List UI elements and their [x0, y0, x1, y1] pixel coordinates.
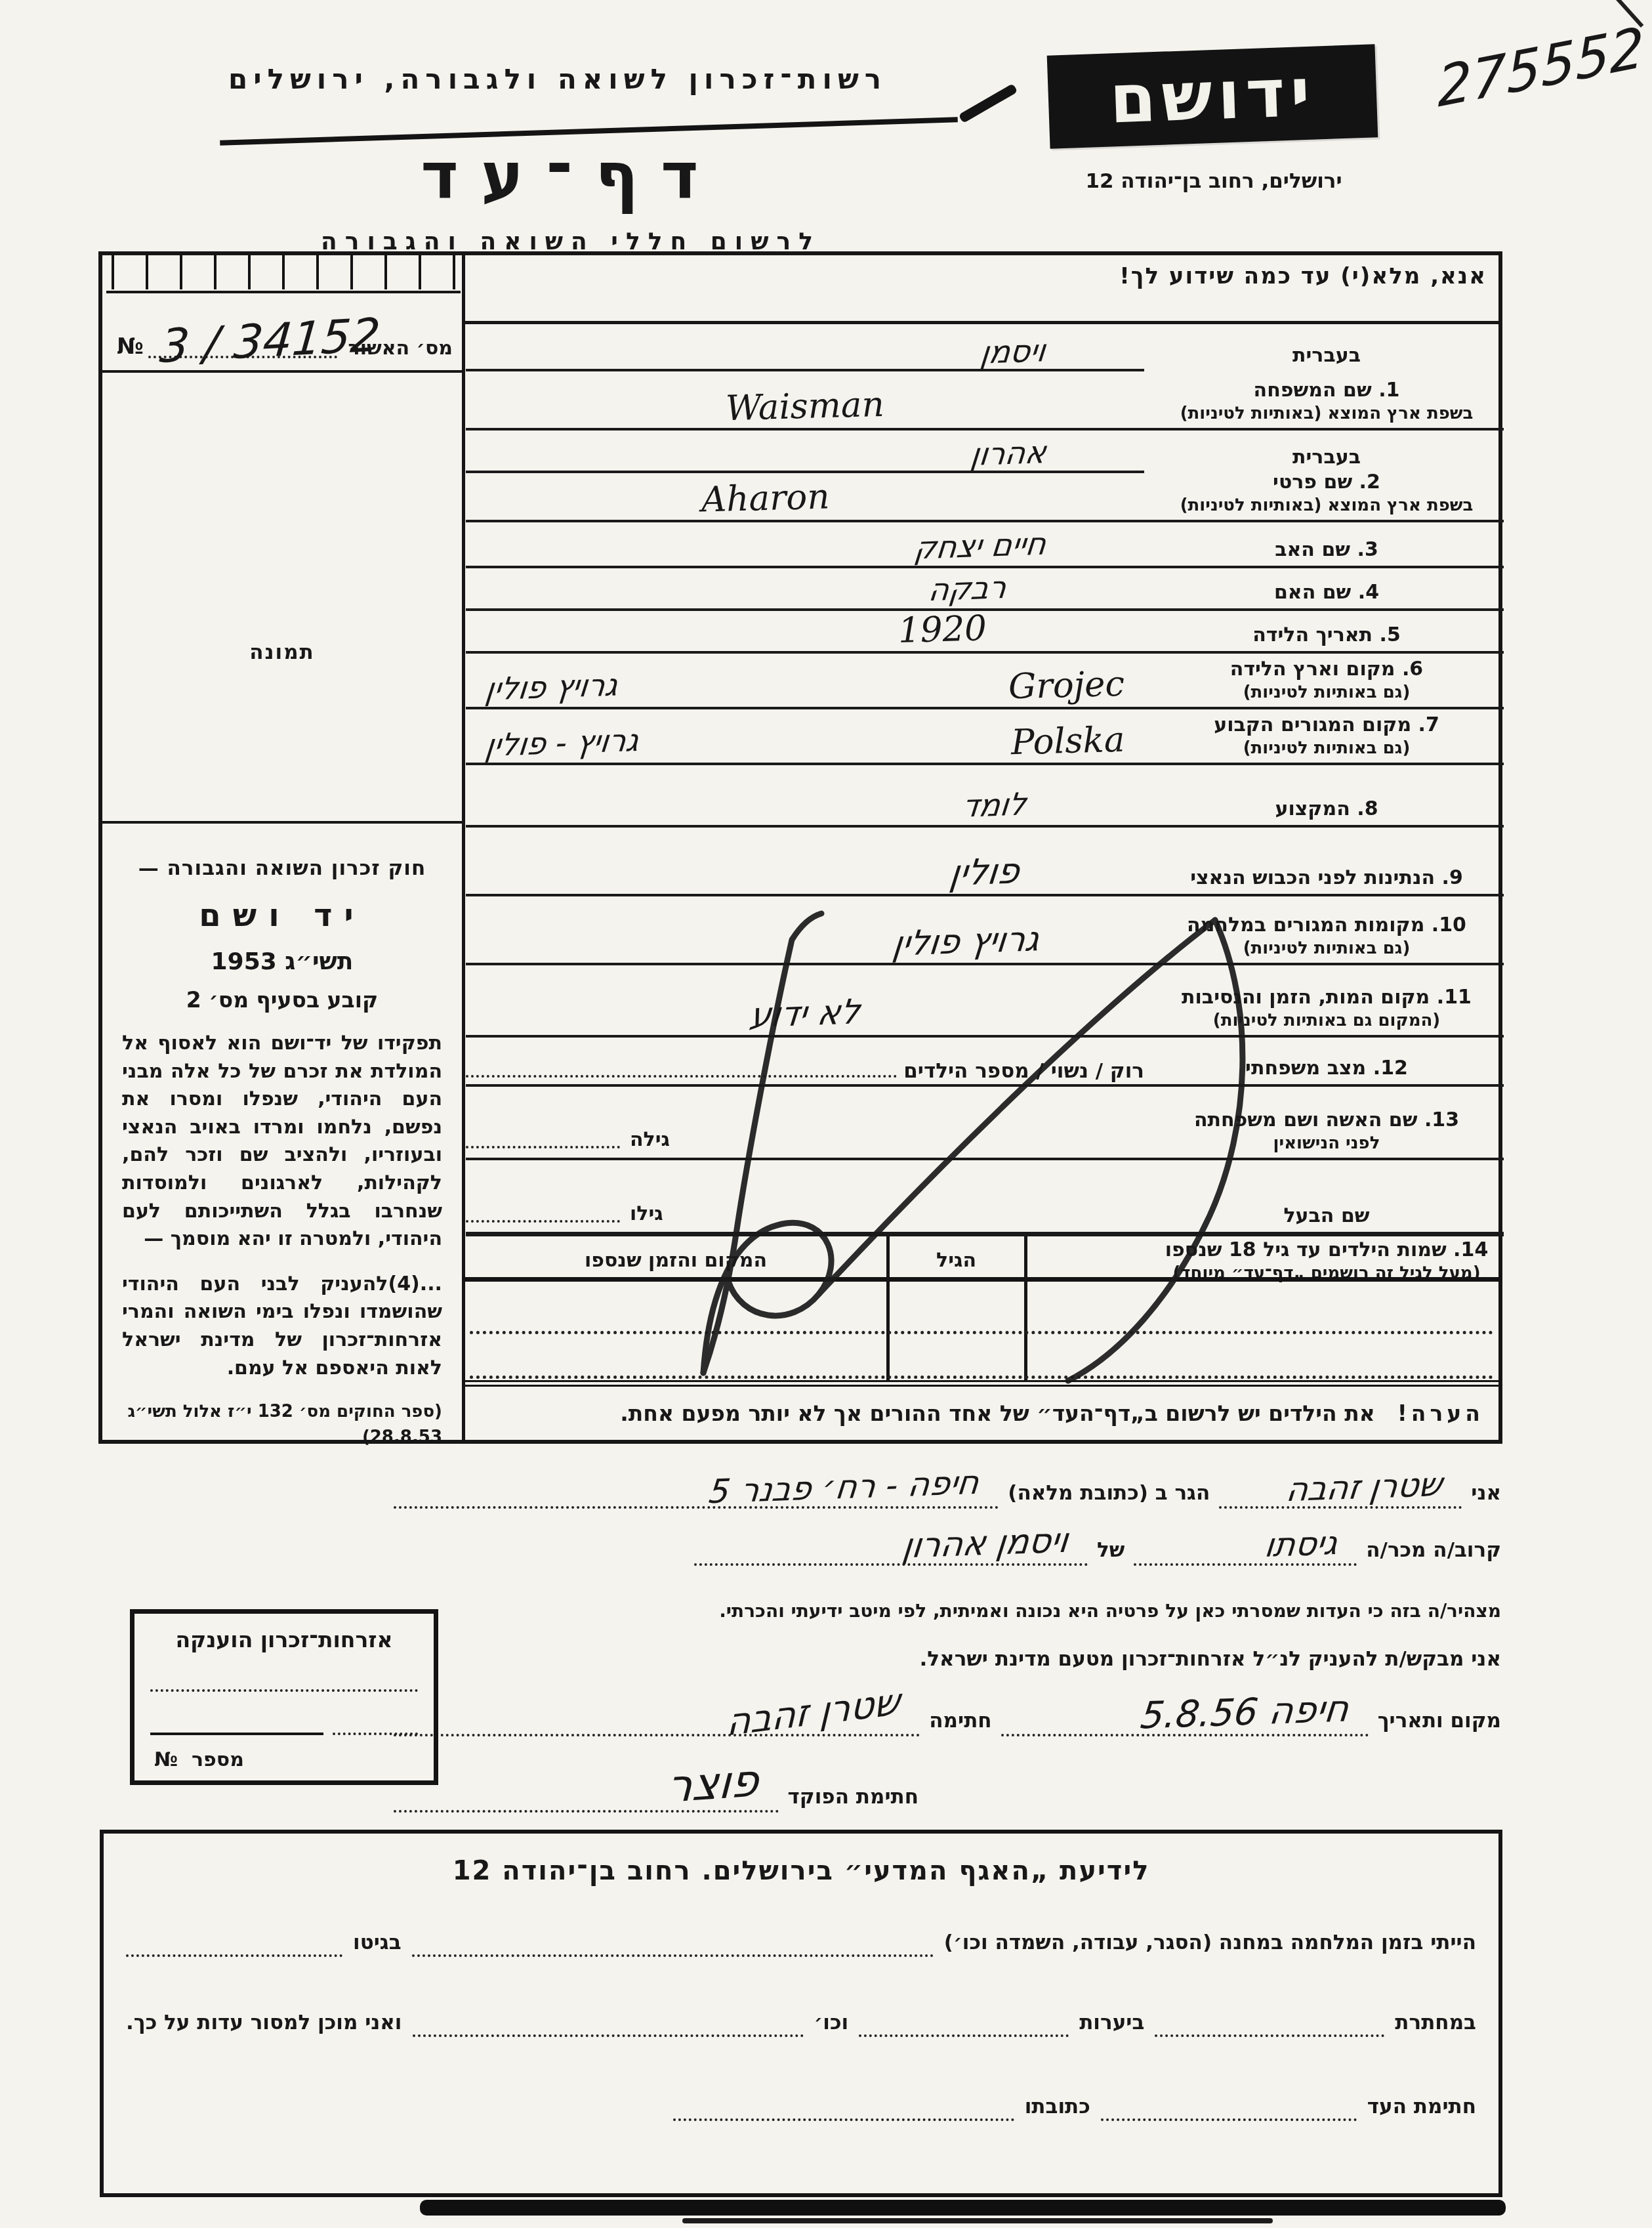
witness-address-label: כתובתו	[1025, 2095, 1090, 2121]
row-surname-latin: 1. שם המשפחהבשפת ארץ המוצא (באותיות לטינ…	[466, 371, 1504, 431]
authority-line: רשות־זכרון לשואה ולגבורה, ירושלים	[177, 63, 938, 95]
signature-handwritten: שטרן זהבה	[726, 1680, 901, 1744]
field-11-label: 11. מקום המות, הזמן והנסיבות(המקום גם בא…	[1149, 985, 1504, 1031]
main-form-box: אנא, מלא(י) עד כמה שידוע לך! № מס׳ האשור…	[98, 251, 1502, 1444]
wartime-camp-label: הייתי בזמן המלחמה במחנה (הסגר, עבודה, הש…	[944, 1931, 1476, 1957]
children-col-age: הגיל	[889, 1249, 1023, 1272]
fill-instruction: אנא, מלא(י) עד כמה שידוע לך!	[1014, 263, 1487, 289]
relation-handwritten: גיסתו	[1262, 1524, 1340, 1565]
his-age-label: גילו	[630, 1202, 663, 1225]
firstname-hebrew-handwritten: אהרון	[968, 434, 1048, 473]
deceased-name-handwritten: ויסמן אהרון	[900, 1521, 1070, 1566]
marital-options: רוק / נשוי / מספר הילדים	[903, 1059, 1144, 1083]
note-text: את הילדים יש לרשום ב„דף־העד״ של אחד ההור…	[620, 1400, 1375, 1426]
approval-number-row: № מס׳ האשור 34152 / 3	[102, 296, 462, 373]
row-firstname-latin: 2. שם פרטיבשפת ארץ המוצא (באותיות לטיניו…	[466, 473, 1504, 522]
row-mother-name: 4. שם האם רבקה	[466, 568, 1504, 611]
war-residences-handwritten: גרויץ פולין	[890, 919, 1041, 964]
witness-signature-label: חתימת העד	[1367, 2095, 1476, 2121]
row-marital-status: 12. מצב משפחתי רוק / נשוי / מספר הילדים	[466, 1038, 1504, 1087]
granted-number-label: מספר	[192, 1748, 244, 1771]
dotted-line	[126, 1924, 342, 1957]
occupation-handwritten: לומד	[960, 786, 1029, 825]
dotted-line	[150, 1687, 418, 1692]
field-9-label: 9. הנתינות לפני הכבוש הנאצי	[1149, 866, 1504, 891]
place-date-handwritten: חיפה 5.8.56	[1138, 1687, 1351, 1737]
declaration-line-2: קרוב/ה מכר/ה גיסתו של ויסמן אהרון	[394, 1517, 1501, 1566]
memorial-citizenship-granted-box: אזרחות־זכרון הוענקה מספר №	[130, 1609, 438, 1785]
number-symbol: №	[117, 333, 144, 360]
rule	[462, 1277, 1500, 1282]
row-death-place: 11. מקום המות, הזמן והנסיבות(המקום גם בא…	[466, 965, 1504, 1038]
declarant-address-handwritten: חיפה - רח׳ פבנר 5	[707, 1463, 981, 1511]
citizenship-handwritten: פולין	[947, 850, 1022, 894]
birth-place-latin-handwritten: Grojec	[1008, 664, 1125, 707]
address-label: הגר ב (כתובת מלאה)	[1008, 1481, 1210, 1509]
law-paragraph-2: ‏...(4)להעניק לבני העם היהודי שהושמדו ונ…	[122, 1271, 442, 1382]
field-label: בעברית	[1149, 445, 1504, 470]
row-hebrew-surname: בעברית ויסמן	[466, 326, 1504, 371]
field-1-label: 1. שם המשפחהבשפת ארץ המוצא (באותיות לטינ…	[1149, 378, 1504, 424]
clerk-signature-field: פוצר	[394, 1764, 779, 1813]
field-label: בעברית	[1149, 343, 1504, 368]
row-war-residences: 10. מקומות המגורים במלחמה(גם באותיות לטי…	[466, 896, 1504, 965]
scientific-branch-title: לידיעת „האגף המדעי״ בירושלים. רחוב בן־יה…	[126, 1856, 1476, 1886]
note-band: הערה! את הילדים יש לרשום ב„דף־העד״ של אח…	[463, 1380, 1498, 1440]
row-birth-date: 5. תאריך הלידה 1920	[466, 611, 1504, 654]
father-name-handwritten: חיים יצחק	[912, 526, 1048, 566]
declaration-statement: מצהיר/ה בזה כי העדות שמסרתי כאן על פרטיה…	[720, 1600, 1501, 1622]
law-paragraph-1: תפקידו של יד־ושם הוא לאסוף אל המולדת את …	[122, 1030, 442, 1253]
i-label: אני	[1471, 1481, 1501, 1509]
yad-vashem-logo-text: ידושם	[1109, 60, 1317, 134]
field-7-label: 7. מקום המגורים הקבוע(גם באותיות לטיניות…	[1149, 713, 1504, 759]
dotted-line	[1101, 2088, 1357, 2121]
ready-to-testify-label: ואני מוכן למסור עדות על כך.	[126, 2011, 402, 2037]
law-year: תשי״ג 1953	[122, 948, 442, 975]
scan-smudge	[420, 2200, 1506, 2216]
dotted-line	[333, 1730, 418, 1735]
relation-field: גיסתו	[1134, 1517, 1357, 1566]
row-children-header: 14. שמות הילדים עד גיל 18 שנספו(מעל לגיל…	[466, 1236, 1504, 1277]
registry-number-handwritten: 275552	[1367, 14, 1645, 134]
dotted-line	[412, 1924, 934, 1957]
field-2-label: 2. שם פרטיבשפת ארץ המוצא (באותיות לטיניו…	[1149, 470, 1504, 516]
dotted-line	[413, 2004, 804, 2037]
clerk-signature-label: חתימת הפוקד	[788, 1785, 919, 1813]
row-husband-name: שם הבעל גילו	[466, 1160, 1504, 1236]
column-divider	[462, 255, 465, 1440]
forests-label: ביערות	[1079, 2011, 1144, 2037]
field-6-label: 6. מקום וארץ הלידה(גם באותיות לטיניות)	[1149, 657, 1504, 703]
address-line: ירושלים, רחוב בן־יהודה 12	[1037, 169, 1391, 193]
husband-label: שם הבעל	[1149, 1204, 1504, 1229]
residence-hebrew-handwritten: גרויץ - פולין	[484, 723, 641, 764]
declaration-request: אני מבקש/ת להעניק לנ״ל אזרחות־זכרון מטעם…	[920, 1647, 1501, 1671]
deceased-name-field: ויסמן אהרון	[694, 1517, 1088, 1566]
field-12-label: 12. מצב משפחתי	[1149, 1056, 1504, 1081]
granted-box-title: אזרחות־זכרון הוענקה	[150, 1627, 418, 1652]
photo-label: תמונה	[102, 641, 462, 664]
clerk-signature-handwritten: פוצר	[665, 1755, 760, 1813]
law-logo-text: יד ושם	[122, 897, 442, 934]
dotted-line	[673, 2088, 1014, 2121]
birth-place-hebrew-handwritten: גרויץ פולין	[484, 667, 620, 707]
etc-label: וכו׳	[814, 2011, 849, 2037]
rule	[465, 321, 1500, 324]
place-date-label: מקום ותאריך	[1378, 1709, 1501, 1736]
declarant-name-handwritten: שטרן זהבה	[1285, 1465, 1445, 1509]
row-residence: 7. מקום המגורים הקבוע(גם באותיות לטיניות…	[466, 709, 1504, 765]
table-bar	[1024, 1236, 1027, 1380]
dotted-line	[466, 1143, 620, 1148]
place-date-field: חיפה 5.8.56	[1001, 1688, 1369, 1736]
law-section: קובע בסעיף מס׳ 2	[122, 987, 442, 1013]
dotted-line	[466, 1071, 897, 1078]
surname-hebrew-handwritten: ויסמן	[979, 333, 1048, 371]
scientific-branch-box: לידיעת „האגף המדעי״ בירושלים. רחוב בן־יה…	[100, 1830, 1502, 2197]
field-8-label: 8. המקצוע	[1149, 797, 1504, 822]
table-bar	[886, 1236, 890, 1380]
declarant-name-field: שטרן זהבה	[1219, 1460, 1462, 1509]
surname-latin-handwritten: Waisman	[725, 385, 884, 429]
row-father-name: 3. שם האב חיים יצחק	[466, 522, 1504, 568]
form-title: דף־עד	[367, 139, 774, 214]
her-age-label: גילה	[630, 1128, 670, 1151]
yad-vashem-logo: ידושם	[1047, 44, 1378, 148]
row-hebrew-firstname: בעברית אהרון	[466, 431, 1504, 473]
field-4-label: 4. שם האם	[1149, 580, 1504, 605]
row-occupation: 8. המקצוע לומד	[466, 765, 1504, 828]
ghetto-label: בגיטו	[353, 1931, 402, 1957]
row-birth-place: 6. מקום וארץ הלידה(גם באותיות לטיניות) G…	[466, 654, 1504, 709]
signature-field: שטרן זהבה	[394, 1688, 920, 1736]
clerk-signature-line: חתימת הפוקד פוצר	[394, 1764, 919, 1813]
declaration-line-1: אני שטרן זהבה הגר ב (כתובת מלאה) חיפה - …	[394, 1460, 1501, 1509]
firstname-latin-handwritten: Aharon	[701, 476, 830, 520]
field-13-label: 13. שם האשה ושם משפחתהלפני הנישואין	[1149, 1108, 1504, 1154]
note-word: הערה!	[1397, 1400, 1484, 1426]
residence-latin-handwritten: Polska	[1010, 720, 1125, 763]
row-citizenship: 9. הנתינות לפני הכבוש הנאצי פולין	[466, 828, 1504, 896]
number-symbol: №	[154, 1748, 178, 1771]
children-col-place-time: המקום והזמן שנספו	[466, 1249, 886, 1272]
row-wife-name: 13. שם האשה ושם משפחתהלפני הנישואין גילה	[466, 1087, 1504, 1160]
underground-label: במחתרת	[1395, 2011, 1476, 2037]
mother-name-handwritten: רבקה	[927, 570, 1008, 608]
law-source: (ספר החוקים מס׳ 132 י״ז אלול תשי״ג 28.8.…	[122, 1399, 442, 1450]
dotted-line	[859, 2004, 1069, 2037]
underline-swoosh-tip	[959, 83, 1018, 123]
field-10-label: 10. מקומות המגורים במלחמה(גם באותיות לטי…	[1149, 913, 1504, 959]
scan-smudge	[682, 2218, 1273, 2223]
approval-number-value: 34152 / 3	[158, 308, 382, 373]
photo-box: תמונה	[102, 370, 462, 824]
field-3-label: 3. שם האב	[1149, 537, 1504, 562]
of-label: של	[1097, 1538, 1125, 1566]
field-5-label: 5. תאריך הלידה	[1149, 623, 1504, 648]
declarant-address-field: חיפה - רח׳ פבנר 5	[394, 1460, 999, 1509]
dotted-line	[466, 1217, 620, 1223]
dotted-line	[1155, 2004, 1384, 2037]
law-sidebar: חוק זכרון השואה והגבורה — יד ושם תשי״ג 1…	[102, 833, 462, 1450]
birth-date-handwritten: 1920	[898, 608, 987, 651]
relation-label: קרוב/ה מכר/ה	[1366, 1538, 1501, 1566]
law-title: חוק זכרון השואה והגבורה —	[122, 856, 442, 880]
rule	[150, 1730, 323, 1735]
dotted-line	[470, 1372, 1493, 1379]
death-place-handwritten: לא ידוע	[748, 992, 863, 1036]
ruler-ticks	[106, 255, 461, 293]
dotted-line	[470, 1328, 1493, 1334]
signature-line: מקום ותאריך חיפה 5.8.56 חתימה שטרן זהבה	[394, 1688, 1501, 1736]
signature-label: חתימה	[929, 1709, 991, 1736]
page-of-testimony-scan: רשות־זכרון לשואה ולגבורה, ירושלים דף־עד …	[0, 0, 1652, 2228]
